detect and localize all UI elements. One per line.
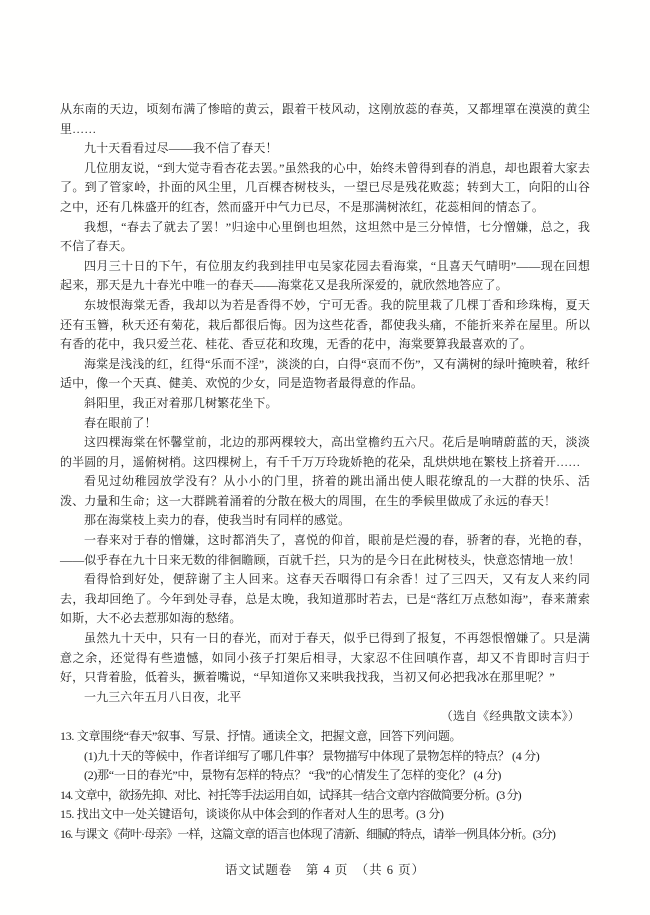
passage-paragraph: 一春来对于春的憎嫌，这时都消失了，喜悦的仰首，眼前是烂漫的春，骄奢的春，光艳的春… xyxy=(60,531,590,570)
question-15: 15. 找出文中一处关键语句，谈谈你从中体会到的作者对人生的思考。(3 分) xyxy=(60,805,590,825)
passage-paragraph: 我想，“春去了就去了罢！”归途中心里倒也坦然，这坦然中是三分悼惜，七分憎嫌，总之… xyxy=(60,218,590,257)
passage-paragraph: 春在眼前了！ xyxy=(60,414,590,434)
question-13: 13. 文章围绕“春天”叙事、写景、抒情。通读全文，把握文意，回答下列问题。 xyxy=(60,727,590,747)
passage-date-line: 一九三六年五月八日夜，北平 xyxy=(60,688,590,708)
passage-paragraph: 这四棵海棠在怀馨堂前，北边的那两棵较大，高出堂檐约五六尺。花后是响晴蔚蓝的天，淡… xyxy=(60,433,590,472)
question-16: 16. 与课文《荷叶·母亲》一样，这篇文章的语言也体现了清新、细腻的特点，请举一… xyxy=(60,825,590,845)
passage-paragraph: 看见过幼稚园放学没有？从小小的门里，挤着的跳出涌出使人眼花缭乱的一大群的快乐、活… xyxy=(60,472,590,511)
passage-paragraph: 从东南的天边，顷刻布满了惨暗的黄云，跟着干枝风动，这刚放蕊的春英，又都埋罩在漠漠… xyxy=(60,100,590,139)
question-list: 13. 文章围绕“春天”叙事、写景、抒情。通读全文，把握文意，回答下列问题。 (… xyxy=(60,727,590,845)
question-13-2: (2)那“一日的春光”中，景物有怎样的特点？ “我”的心情发生了怎样的变化？ (… xyxy=(60,766,590,786)
scanned-exam-page: 从东南的天边，顷刻布满了惨暗的黄云，跟着干枝风动，这刚放蕊的春英，又都埋罩在漠漠… xyxy=(0,0,650,915)
page-footer: 语文试题卷 第 4 页 （共 6 页） xyxy=(60,861,590,881)
passage-paragraph: 看得恰到好处，便辞谢了主人回来。这春天吞咽得口有余香！过了三四天，又有友人来约同… xyxy=(60,570,590,629)
passage-paragraph: 海棠是浅浅的红，红得“乐而不淫”，淡淡的白，白得“哀而不伤”，又有满树的绿叶掩映… xyxy=(60,355,590,394)
passage-text: 从东南的天边，顷刻布满了惨暗的黄云，跟着干枝风动，这刚放蕊的春英，又都埋罩在漠漠… xyxy=(60,100,590,727)
passage-paragraph: 四月三十日的下午，有位朋友约我到挂甲屯吴家花园去看海棠，“且喜天气晴明”——现在… xyxy=(60,257,590,296)
page-content: 从东南的天边，顷刻布满了惨暗的黄云，跟着干枝风动，这刚放蕊的春英，又都埋罩在漠漠… xyxy=(60,100,590,880)
passage-paragraph: 几位朋友说，“到大觉寺看杏花去罢。”虽然我的心中，始终未曾得到春的消息，却也跟着… xyxy=(60,159,590,218)
passage-paragraph: 那在海棠枝上卖力的春，使我当时有同样的感觉。 xyxy=(60,511,590,531)
question-13-1: (1)九十天的等候中，作者详细写了哪几件事？ 景物描写中体现了景物怎样的特点？ … xyxy=(60,747,590,767)
passage-paragraph: 东坡恨海棠无香，我却以为若是香得不妙，宁可无香。我的院里栽了几棵丁香和珍珠梅，夏… xyxy=(60,296,590,355)
source-attribution: （选自《经典散文读本》） xyxy=(60,707,590,727)
passage-paragraph: 斜阳里，我正对着那几树繁花坐下。 xyxy=(60,394,590,414)
passage-paragraph: 虽然九十天中，只有一日的春光，而对于春天，似乎已得到了报复，不再怨恨憎嫌了。只是… xyxy=(60,629,590,688)
question-14: 14. 文章中，欲扬先抑、对比、衬托等手法运用自如，试择其一结合文章内容做简要分… xyxy=(60,786,590,806)
passage-paragraph: 九十天看看过尽——我不信了春天！ xyxy=(60,139,590,159)
